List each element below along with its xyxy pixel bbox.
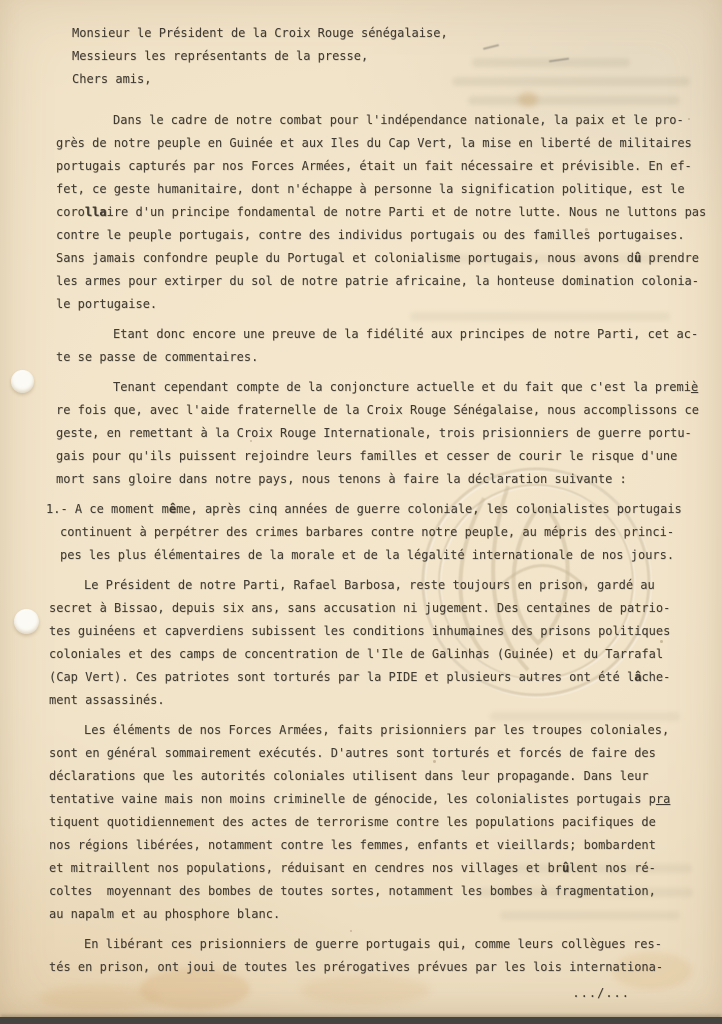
scanned-paper-background: Monsieur le Président de la Croix Rouge … <box>0 0 722 1024</box>
typewriter-correction: è <box>691 380 698 394</box>
text-line: Tenant cependant compte de la conjonctur… <box>56 376 698 399</box>
text-line: (Cap Vert). Ces patriotes sont torturés … <box>49 666 698 689</box>
text-line: les armes pour extirper du sol de notre … <box>56 270 698 293</box>
scan-edge-bottom <box>0 1017 722 1024</box>
text-line: re fois que, avec l'aide fraternelle de … <box>56 399 698 422</box>
text-line: mort sans gloire dans notre pays, nous t… <box>56 468 698 491</box>
text-line: continuent à perpétrer des crimes barbar… <box>46 521 698 544</box>
paragraph: Les éléments de nos Forces Armées, faits… <box>49 719 698 926</box>
typewriter-correction: û <box>562 861 569 875</box>
text-line: Chers amis, <box>72 68 698 91</box>
text-line: tiquent quotidiennement des actes de ter… <box>49 811 698 834</box>
text-line: secret à Bissao, depuis six ans, sans ac… <box>49 597 698 620</box>
text-line: Sans jamais confondre peuple du Portugal… <box>56 247 698 270</box>
item-number: 1.- <box>46 502 75 516</box>
text-line: ment assassinés. <box>49 689 698 712</box>
text-line: déclarations que les autorités coloniale… <box>49 765 698 788</box>
numbered-paragraph: 1.- A ce moment même, après cinq années … <box>46 498 698 567</box>
text-line: te se passe de commentaires. <box>56 346 698 369</box>
text-line: geste, en remettant à la Croix Rouge Int… <box>56 422 698 445</box>
typewriter-correction: û <box>634 251 641 265</box>
text-line: nos régions libérées, notamment contre l… <box>49 834 698 857</box>
text-line: coltes moyennant des bombes de toutes so… <box>49 880 698 903</box>
typewriter-correction: â <box>634 670 641 684</box>
text-line: Le Président de notre Parti, Rafael Barb… <box>49 574 698 597</box>
typewriter-correction: ê <box>169 502 176 516</box>
text-line: gais pour qu'ils puissent rejoindre leur… <box>56 445 698 468</box>
text-line: tés en prison, ont joui de toutes les pr… <box>49 956 698 979</box>
paragraph: Le Président de notre Parti, Rafael Barb… <box>49 574 698 712</box>
text-line: En libérant ces prisionniers de guerre p… <box>49 933 698 956</box>
text-line: pes les plus élémentaires de la morale e… <box>46 544 698 567</box>
text-line: grès de notre peuple en Guinée et aux Il… <box>56 132 698 155</box>
text-line: Les éléments de nos Forces Armées, faits… <box>49 719 698 742</box>
paragraphs: Dans le cadre de notre combat pour l'ind… <box>56 109 698 979</box>
text-line: Messieurs les représentants de la presse… <box>72 45 698 68</box>
text-line: tes guinéens et capverdiens subissent le… <box>49 620 698 643</box>
paragraph: Tenant cependant compte de la conjonctur… <box>56 376 698 491</box>
text-line: Dans le cadre de notre combat pour l'ind… <box>56 109 698 132</box>
text-line: Etant donc encore une preuve de la fidél… <box>56 323 698 346</box>
text-line: 1.- A ce moment même, après cinq années … <box>46 498 698 521</box>
text-line: et mitraillent nos populations, réduisan… <box>49 857 698 880</box>
text-line: sont en général sommairement exécutés. D… <box>49 742 698 765</box>
text-line: Monsieur le Président de la Croix Rouge … <box>72 22 698 45</box>
text-line: fet, ce geste humanitaire, dont n'échapp… <box>56 178 698 201</box>
typewriter-correction: ra <box>656 792 670 806</box>
text-line: coloniales et des camps de concentration… <box>49 643 698 666</box>
typewritten-text: Monsieur le Président de la Croix Rouge … <box>0 0 722 1005</box>
typewriter-correction: lla <box>85 205 107 219</box>
salutation-block: Monsieur le Président de la Croix Rouge … <box>72 22 698 91</box>
page-continuation-mark: .../... <box>56 982 698 1005</box>
paragraph: Dans le cadre de notre combat pour l'ind… <box>56 109 698 316</box>
text-line: au napalm et au phosphore blanc. <box>49 903 698 926</box>
paragraph: Etant donc encore une preuve de la fidél… <box>56 323 698 369</box>
text-line: portugais capturés par nos Forces Armées… <box>56 155 698 178</box>
text-line: tentative vaine mais non moins criminell… <box>49 788 698 811</box>
paragraph: En libérant ces prisionniers de guerre p… <box>49 933 698 979</box>
text-line: le portugaise. <box>56 293 698 316</box>
text-line: contre le peuple portugais, contre des i… <box>56 224 698 247</box>
text-line: corollaire d'un principe fondamental de … <box>56 201 698 224</box>
